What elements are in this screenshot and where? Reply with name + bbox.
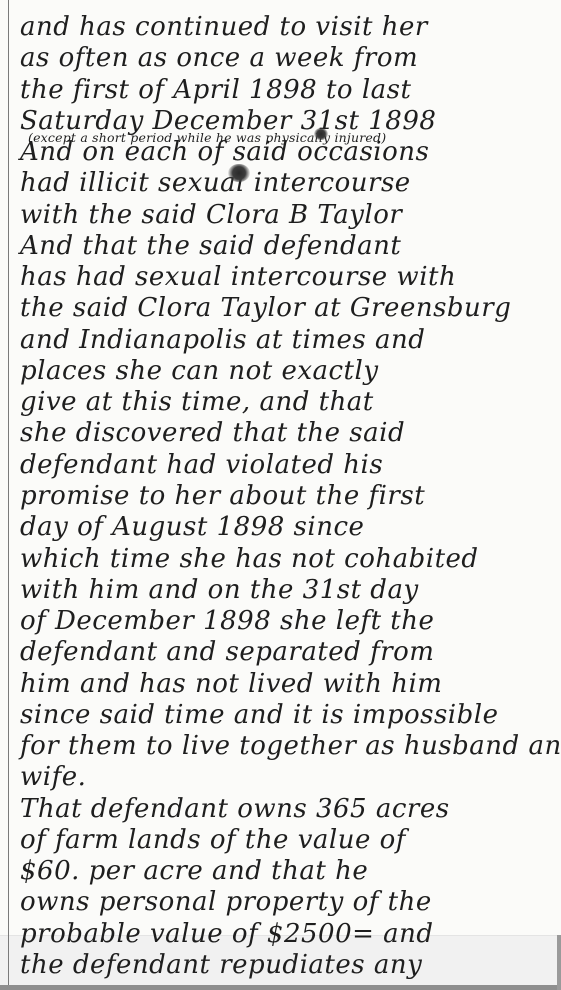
text-line: of farm lands of the value of [20,827,406,853]
text-line: with the said Clora B Taylor [20,202,402,228]
text-line: $60. per acre and that he [20,858,368,884]
text-line: give at this time, and that [20,389,374,415]
text-line: of December 1898 she left the [20,608,434,634]
text-line: for them to live together as husband and [20,733,561,759]
text-line: the said Clora Taylor at Greensburg [20,295,511,321]
text-line: as often as once a week from [20,45,418,71]
text-line: wife. [20,764,86,790]
text-line: And on each of said occasions [20,139,429,165]
text-line: since said time and it is impossible [20,702,498,728]
text-line: and Indianapolis at times and [20,327,425,353]
text-line: defendant had violated his [20,452,383,478]
text-line: the first of April 1898 to last [20,77,411,103]
text-line: owns personal property of the [20,889,432,915]
text-line: which time she has not cohabited [20,546,479,572]
text-line: has had sexual intercourse with [20,264,456,290]
text-line: him and has not lived with him [20,671,442,697]
text-line: And that the said defendant [20,233,401,259]
text-line: That defendant owns 365 acres [20,796,450,822]
handwritten-text-body: and has continued to visit heras often a… [0,0,561,985]
text-line: promise to her about the first [20,483,425,509]
text-line: day of August 1898 since [20,514,364,540]
ink-blot [314,128,328,140]
text-line: probable value of $2500= and [20,921,434,947]
text-line: places she can not exactly [20,358,379,384]
text-line: she discovered that the said [20,420,405,446]
text-line: the defendant repudiates any [20,952,422,978]
ink-blot [228,164,250,182]
text-line: and has continued to visit her [20,14,428,40]
text-line: had illicit sexual intercourse [20,170,411,196]
scan-bottom-edge [0,985,561,990]
text-line: defendant and separated from [20,639,434,665]
text-line: with him and on the 31st day [20,577,419,603]
